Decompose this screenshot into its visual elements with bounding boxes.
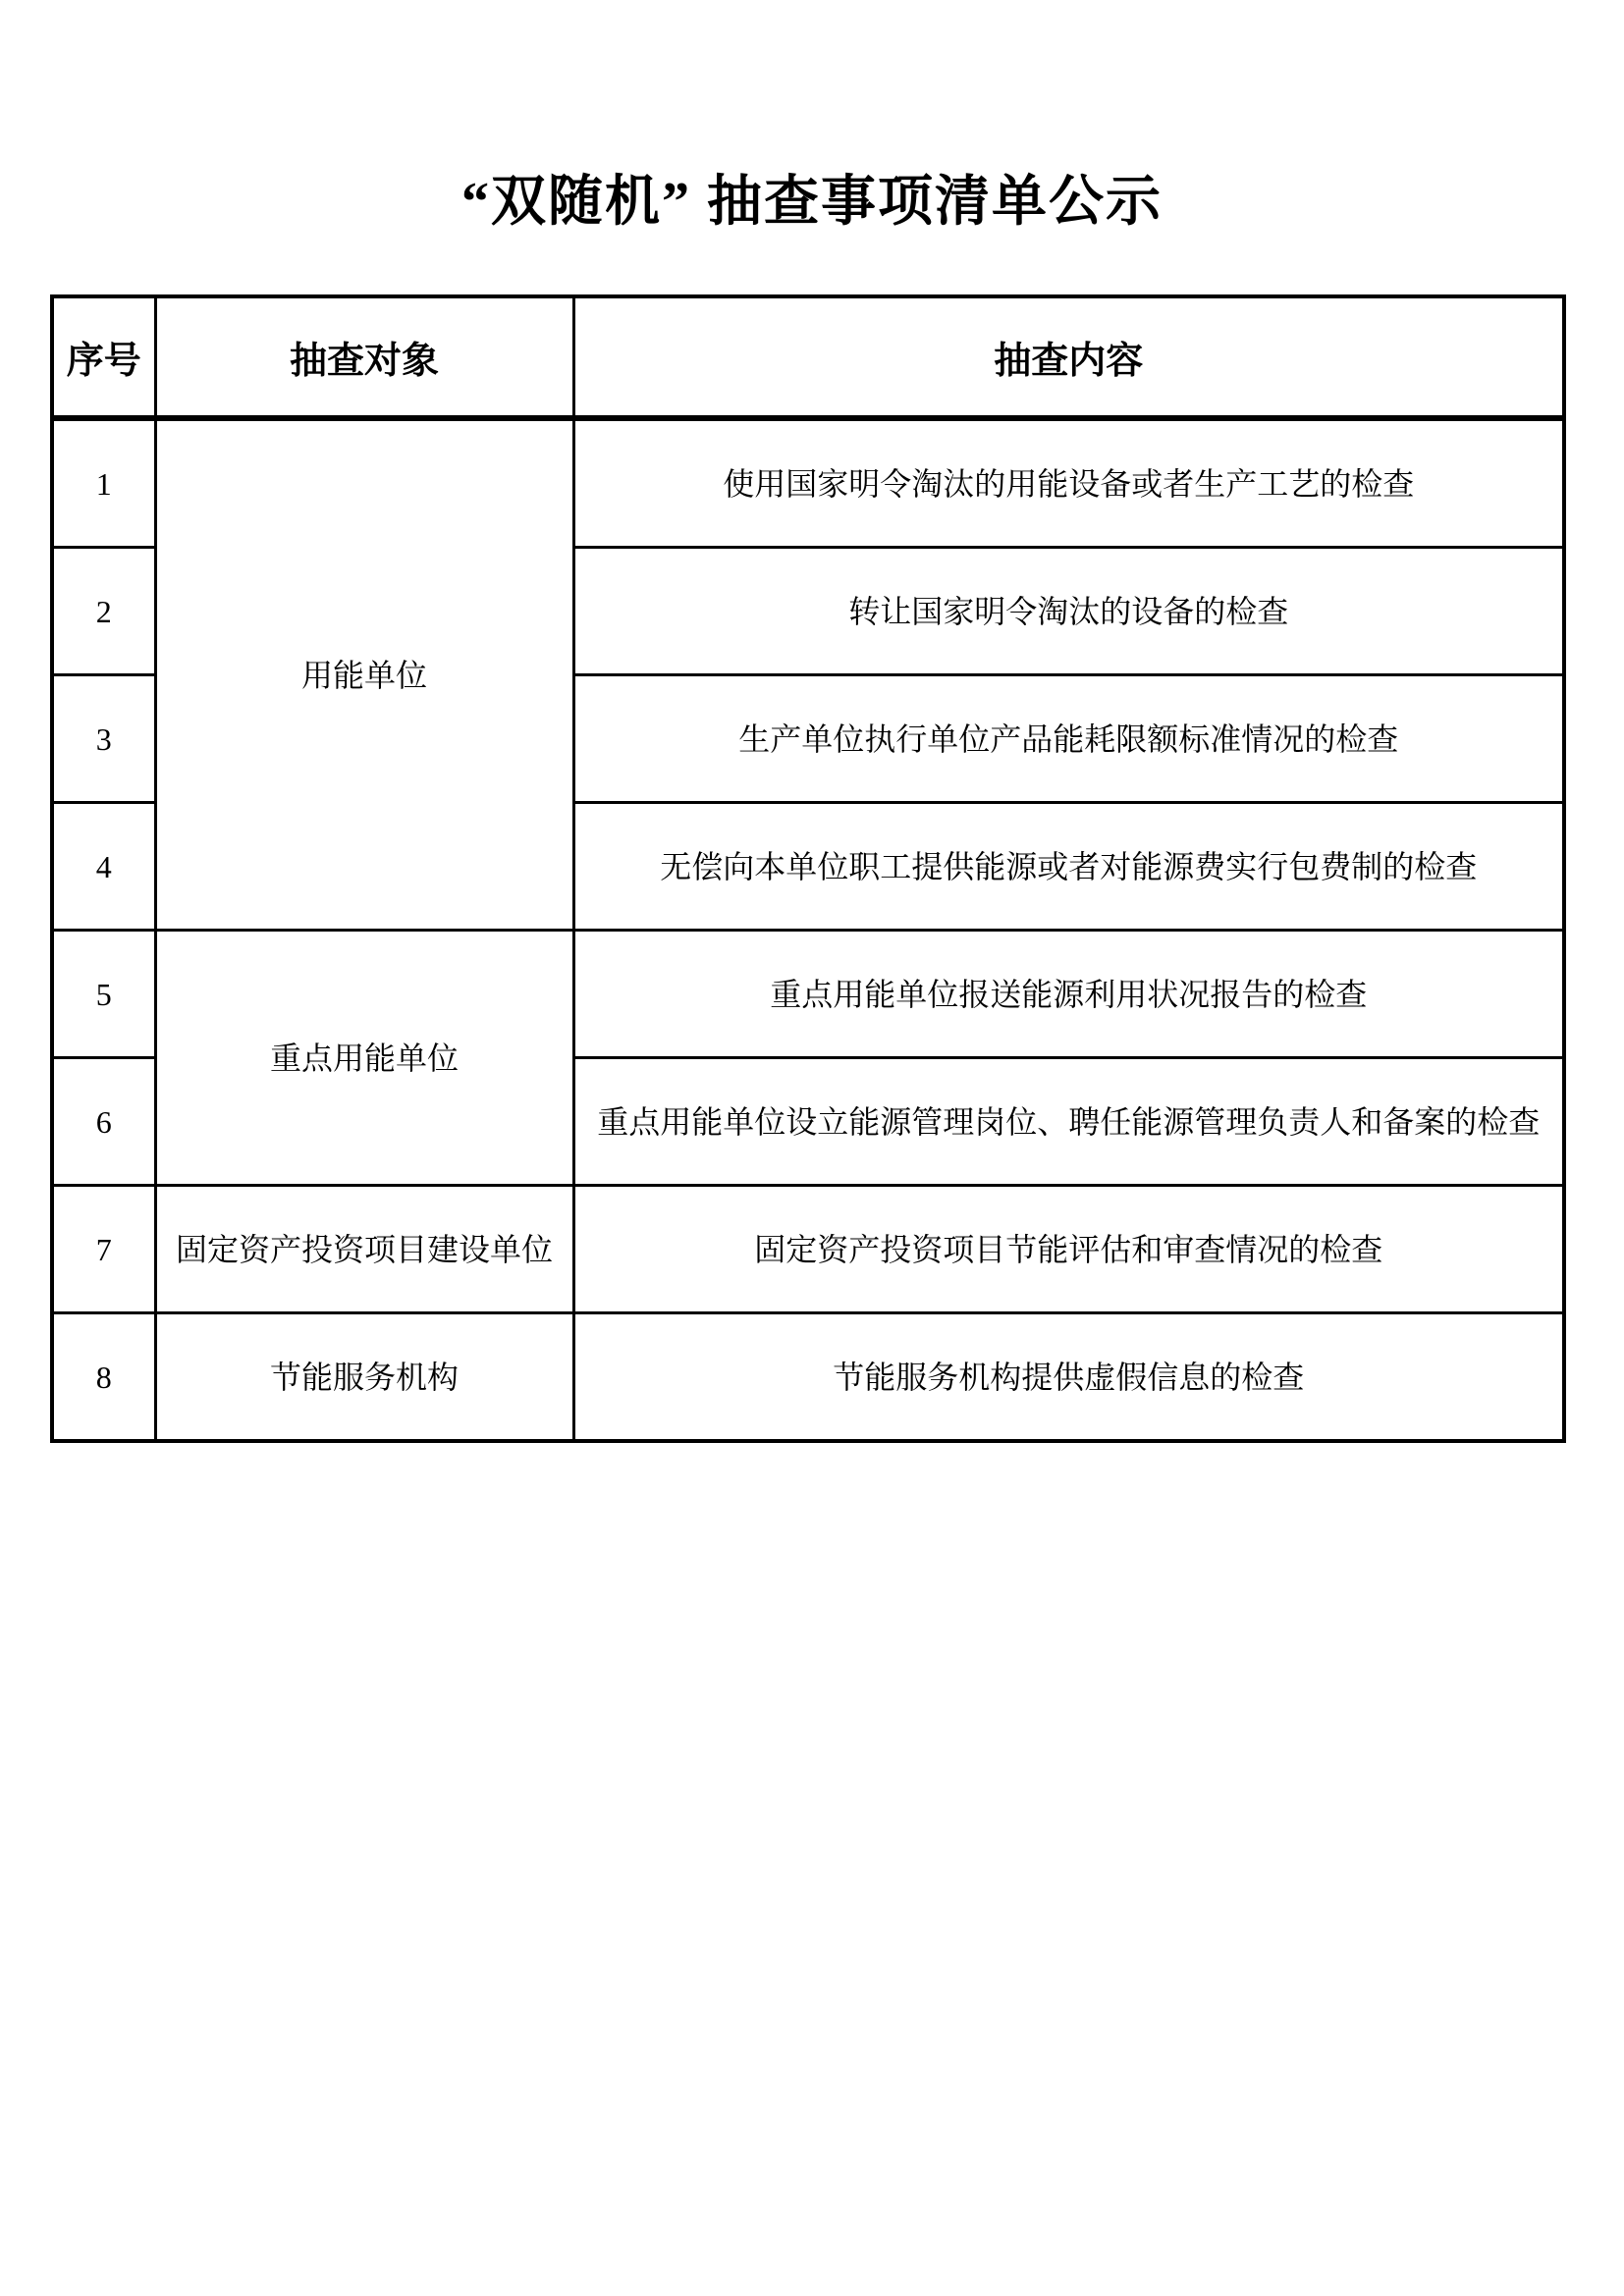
target-cell: 节能服务机构 xyxy=(155,1313,573,1442)
table-row: 5 重点用能单位 重点用能单位报送能源利用状况报告的检查 xyxy=(52,931,1564,1058)
table-row: 7 固定资产投资项目建设单位 固定资产投资项目节能评估和审查情况的检查 xyxy=(52,1186,1564,1313)
content-cell: 使用国家明令淘汰的用能设备或者生产工艺的检查 xyxy=(573,418,1564,548)
column-header-content: 抽查内容 xyxy=(573,296,1564,418)
content-cell: 转让国家明令淘汰的设备的检查 xyxy=(573,548,1564,675)
row-number-cell: 2 xyxy=(52,548,155,675)
table-row: 8 节能服务机构 节能服务机构提供虚假信息的检查 xyxy=(52,1313,1564,1442)
row-number-cell: 4 xyxy=(52,803,155,931)
row-number-cell: 5 xyxy=(52,931,155,1058)
column-header-target: 抽查对象 xyxy=(155,296,573,418)
row-number-cell: 1 xyxy=(52,418,155,548)
content-cell: 节能服务机构提供虚假信息的检查 xyxy=(573,1313,1564,1442)
content-cell: 无偿向本单位职工提供能源或者对能源费实行包费制的检查 xyxy=(573,803,1564,931)
content-cell: 固定资产投资项目节能评估和审查情况的检查 xyxy=(573,1186,1564,1313)
target-cell: 用能单位 xyxy=(155,418,573,931)
inspection-items-table: 序号 抽查对象 抽查内容 1 用能单位 使用国家明令淘汰的用能设备或者生产工艺的… xyxy=(50,294,1566,1443)
column-header-index: 序号 xyxy=(52,296,155,418)
document-title: “双随机” 抽查事项清单公示 xyxy=(0,173,1624,234)
document-page: “双随机” 抽查事项清单公示 序号 抽查对象 抽查内容 1 用能单位 使用国家明… xyxy=(0,0,1624,2296)
row-number-cell: 8 xyxy=(52,1313,155,1442)
table-header-row: 序号 抽查对象 抽查内容 xyxy=(52,296,1564,418)
row-number-cell: 7 xyxy=(52,1186,155,1313)
target-cell: 固定资产投资项目建设单位 xyxy=(155,1186,573,1313)
row-number-cell: 3 xyxy=(52,675,155,803)
table-row: 1 用能单位 使用国家明令淘汰的用能设备或者生产工艺的检查 xyxy=(52,418,1564,548)
content-cell: 重点用能单位报送能源利用状况报告的检查 xyxy=(573,931,1564,1058)
row-number-cell: 6 xyxy=(52,1058,155,1186)
content-cell: 生产单位执行单位产品能耗限额标准情况的检查 xyxy=(573,675,1564,803)
content-cell: 重点用能单位设立能源管理岗位、聘任能源管理负责人和备案的检查 xyxy=(573,1058,1564,1186)
target-cell: 重点用能单位 xyxy=(155,931,573,1186)
